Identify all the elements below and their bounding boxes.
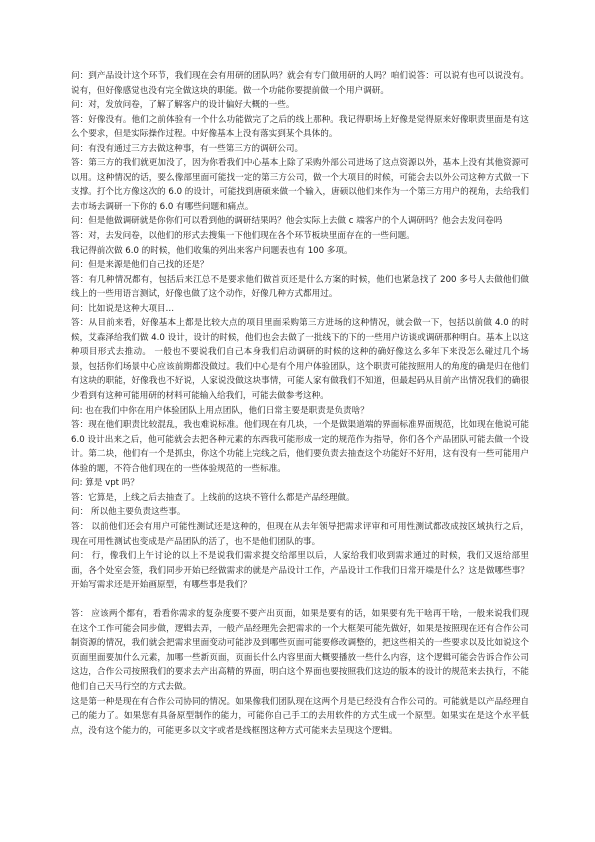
question-paragraph: 问：但是来源是他们自己找的还是？ xyxy=(71,258,529,273)
answer-paragraph: 答：好像没有。他们之前体验有一个什么功能做完了之后的线上那种。我记得职场上好像是… xyxy=(71,113,529,142)
answer-paragraph: 答：有几种情况都有，包括后来江总不是要求他们做首页还是什么方案的时候，他们也紧急… xyxy=(71,273,529,302)
blank-line xyxy=(71,593,529,608)
question-paragraph: 问：到产品设计这个环节，我们现在会有用研的团队吗？就会有专门做用研的人吗？咱们说… xyxy=(71,69,529,98)
answer-paragraph: 答：现在他们职责比较混乱，我也难说标准。他们现在有几块，一个是做渠道端的界面标准… xyxy=(71,418,529,476)
answer-paragraph: 答： 应该两个都有，看看你需求的复杂度要不要产出页面，如果是要有的话，如果要有先… xyxy=(71,607,529,694)
question-paragraph: 问: 也在我们中你在用户体验团队上用点团队，他们日常主要是职责是负责啥？ xyxy=(71,404,529,419)
answer-paragraph: 我记得前次做 6.0 的时候，他们收集的列出来客户问题表也有 100 多项。 xyxy=(71,244,529,259)
answer-paragraph: 答：从目前来看，好像基本上都是比较大点的项目里面采购第三方进场的这种情况，就会做… xyxy=(71,316,529,403)
answer-paragraph: 答：对，去发问卷，以他们的形式去搜集一下他们现在各个环节板块里面存在的一些问题。 xyxy=(71,229,529,244)
question-paragraph: 问：对，发放问卷，了解了解客户的设计偏好大概的一些。 xyxy=(71,98,529,113)
answer-paragraph: 答：它算是，上线之后去抽查了。上线前的这块不管什么都是产品经理做。 xyxy=(71,491,529,506)
document-page: 问：到产品设计这个环节，我们现在会有用研的团队吗？就会有专门做用研的人吗？咱们说… xyxy=(71,69,529,738)
question-paragraph: 问： 所以他主要负责这些事。 xyxy=(71,505,529,520)
question-paragraph: 问：有没有通过三方去做这种事，有一些第三方的调研公司。 xyxy=(71,142,529,157)
answer-paragraph: 这是第一种是现在有合作公司协同的情况。如果像我们团队现在这两个月是已经没有合作公… xyxy=(71,695,529,739)
question-paragraph: 问：但是他做调研就是你你们可以看到他的调研结果吗？他会实际上去做 c 端客户的个… xyxy=(71,214,529,229)
answer-paragraph: 答： 以前他们还会有用户可能性测试还是这种的，但现在从去年领导把需求评审和可用性… xyxy=(71,520,529,549)
question-paragraph: 问: 算是 vpt 吗？ xyxy=(71,476,529,491)
question-paragraph: 问： 行，像我们上午讨论的以上不是说我们需求提交给部里以后，人家给我们收到需求通… xyxy=(71,549,529,593)
answer-paragraph: 答：第三方的我们就更加没了，因为你看我们中心基本上除了采购外部公司进场了这点资源… xyxy=(71,156,529,214)
question-paragraph: 问：比如说是这种大项目… xyxy=(71,302,529,317)
